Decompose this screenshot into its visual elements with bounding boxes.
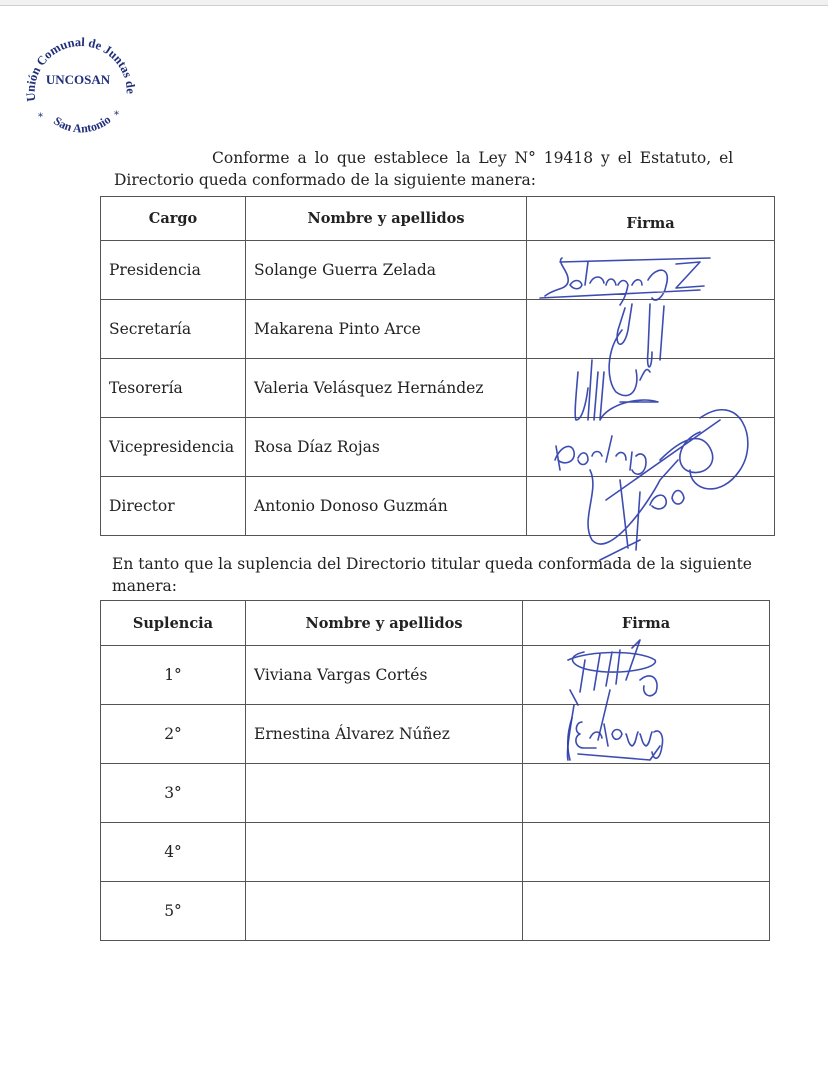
table-row: 1° Viviana Vargas Cortés [101, 646, 770, 705]
nombre-cell: Ernestina Álvarez Núñez [246, 705, 523, 764]
firma-cell [527, 241, 775, 300]
orden-cell: 3° [101, 764, 246, 823]
table-row: 3° [101, 764, 770, 823]
nombre-cell: Valeria Velásquez Hernández [246, 359, 527, 418]
nombre-cell: Viviana Vargas Cortés [246, 646, 523, 705]
uncosan-seal-logo: Unión Comunal de Juntas de Vecinos UNCOS… [8, 8, 148, 148]
cargo-cell: Secretaría [101, 300, 246, 359]
header-suplencia: Suplencia [101, 601, 246, 646]
cargo-cell: Tesorería [101, 359, 246, 418]
table-row: Tesorería Valeria Velásquez Hernández [101, 359, 775, 418]
firma-cell [523, 823, 770, 882]
seal-bottom-text: San Antonio [51, 112, 113, 135]
firma-cell [527, 300, 775, 359]
nombre-cell [246, 823, 523, 882]
firma-cell [523, 705, 770, 764]
svg-text:Unión Comunal de Juntas de Vec: Unión Comunal de Juntas de Vecinos [8, 8, 138, 102]
firma-cell [523, 646, 770, 705]
orden-cell: 4° [101, 823, 246, 882]
header-cargo: Cargo [101, 197, 246, 241]
directorio-header-row: Cargo Nombre y apellidos Firma [101, 197, 775, 241]
suplencia-intro-line-1: En tanto que la suplencia del Directorio… [112, 554, 782, 575]
table-row: 5° [101, 882, 770, 941]
seal-star-right-icon: * [114, 110, 119, 121]
table-row: Director Antonio Donoso Guzmán [101, 477, 775, 536]
nombre-cell [246, 764, 523, 823]
nombre-cell [246, 882, 523, 941]
nombre-cell: Makarena Pinto Arce [246, 300, 527, 359]
table-row: 2° Ernestina Álvarez Núñez [101, 705, 770, 764]
svg-text:San Antonio: San Antonio [51, 112, 113, 135]
directorio-table: Cargo Nombre y apellidos Firma Presidenc… [100, 196, 775, 536]
intro-line-2: Directorio queda conformado de la siguie… [114, 170, 536, 191]
firma-cell [527, 477, 775, 536]
viewer-top-border [0, 0, 828, 6]
firma-cell [527, 418, 775, 477]
orden-cell: 5° [101, 882, 246, 941]
nombre-cell: Solange Guerra Zelada [246, 241, 527, 300]
header-firma: Firma [527, 197, 775, 241]
nombre-cell: Antonio Donoso Guzmán [246, 477, 527, 536]
suplencia-table: Suplencia Nombre y apellidos Firma 1° Vi… [100, 600, 770, 941]
seal-arc-text: Unión Comunal de Juntas de Vecinos [8, 8, 138, 102]
firma-cell [523, 764, 770, 823]
cargo-cell: Director [101, 477, 246, 536]
seal-star-left-icon: * [38, 112, 43, 123]
intro-line-1: Conforme a lo que establece la Ley N° 19… [212, 148, 772, 169]
nombre-cell: Rosa Díaz Rojas [246, 418, 527, 477]
firma-cell [523, 882, 770, 941]
suplencia-intro-line-2: manera: [112, 576, 177, 597]
cargo-cell: Vicepresidencia [101, 418, 246, 477]
suplencia-header-row: Suplencia Nombre y apellidos Firma [101, 601, 770, 646]
table-row: Presidencia Solange Guerra Zelada [101, 241, 775, 300]
table-row: Vicepresidencia Rosa Díaz Rojas [101, 418, 775, 477]
header-nombre: Nombre y apellidos [246, 601, 523, 646]
header-firma: Firma [523, 601, 770, 646]
header-nombre: Nombre y apellidos [246, 197, 527, 241]
firma-cell [527, 359, 775, 418]
seal-center-text: UNCOSAN [46, 72, 111, 87]
table-row: 4° [101, 823, 770, 882]
cargo-cell: Presidencia [101, 241, 246, 300]
orden-cell: 2° [101, 705, 246, 764]
orden-cell: 1° [101, 646, 246, 705]
table-row: Secretaría Makarena Pinto Arce [101, 300, 775, 359]
